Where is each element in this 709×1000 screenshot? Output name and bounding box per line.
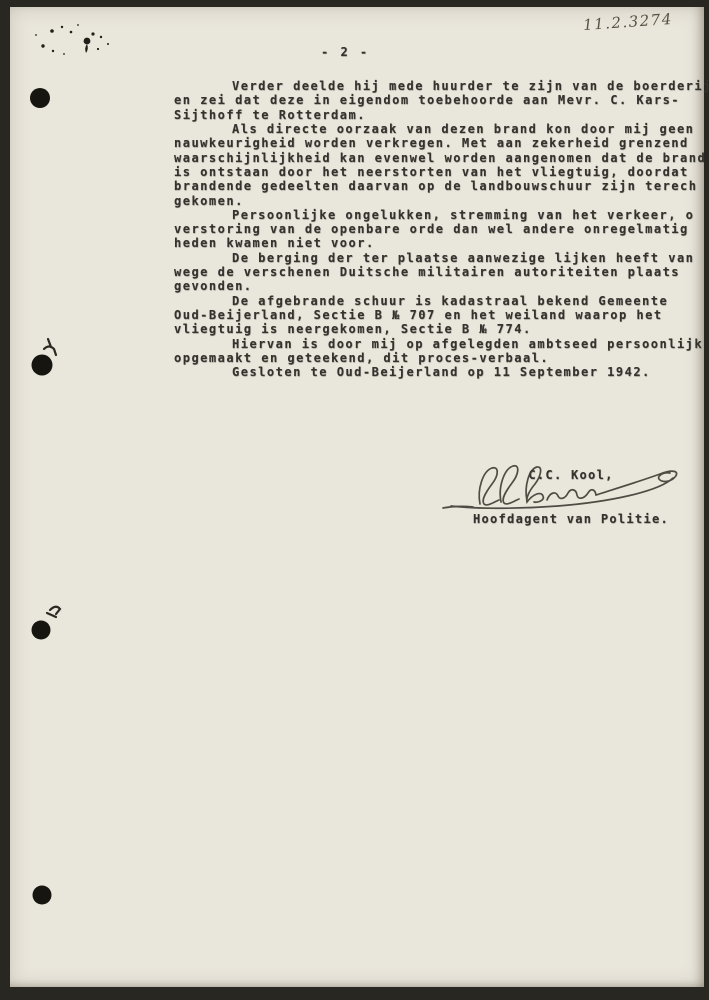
text-line: gevonden. — [174, 279, 709, 293]
text-line: Sijthoff te Rotterdam. — [174, 108, 709, 122]
text-line: waarschijnlijkheid kan evenwel worden aa… — [174, 151, 709, 165]
signature-bumps — [547, 490, 596, 500]
text-line: Gesloten te Oud-Beijerland op 11 Septemb… — [174, 365, 709, 379]
text-line: Hiervan is door mij op afgelegden ambtse… — [174, 337, 709, 351]
text-line: Oud-Beijerland, Sectie B № 707 en het we… — [174, 308, 709, 322]
text-line: is ontstaan door het neerstorten van het… — [174, 165, 709, 179]
text-line: wege de verschenen Duitsche militairen a… — [174, 265, 709, 279]
scan-background: 11.2.3274 - 2 - Verder deelde hij mede h… — [0, 0, 709, 1000]
signature-loop-1 — [479, 468, 499, 505]
text-line: en zei dat deze in eigendom toebehoorde … — [174, 93, 709, 107]
text-line: verstoring van de openbare orde dan wel … — [174, 222, 709, 236]
text-line: vliegtuig is neergekomen, Sectie B № 774… — [174, 322, 709, 336]
text-line: Verder deelde hij mede huurder te zijn v… — [174, 79, 709, 93]
text-line: Persoonlijke ongelukken, stremming van h… — [174, 208, 709, 222]
text-line: heden kwamen niet voor. — [174, 236, 709, 250]
page-number: - 2 - — [321, 45, 370, 59]
signature-k-stroke — [526, 467, 543, 502]
text-line: De berging der ter plaatse aanwezige lij… — [174, 251, 709, 265]
text-line: nauwkeurigheid worden verkregen. Met aan… — [174, 136, 709, 150]
text-line: Als directe oorzaak van dezen brand kon … — [174, 122, 709, 136]
text-line: opgemaakt en geteekend, dit proces-verba… — [174, 351, 709, 365]
handwritten-signature — [423, 461, 695, 516]
signature-loop-2 — [500, 466, 519, 504]
text-line: De afgebrande schuur is kadastraal beken… — [174, 294, 709, 308]
text-line: brandende gedeelten daarvan op de landbo… — [174, 179, 709, 193]
text-line: gekomen. — [174, 194, 709, 208]
typewritten-text: Verder deelde hij mede huurder te zijn v… — [174, 79, 709, 380]
